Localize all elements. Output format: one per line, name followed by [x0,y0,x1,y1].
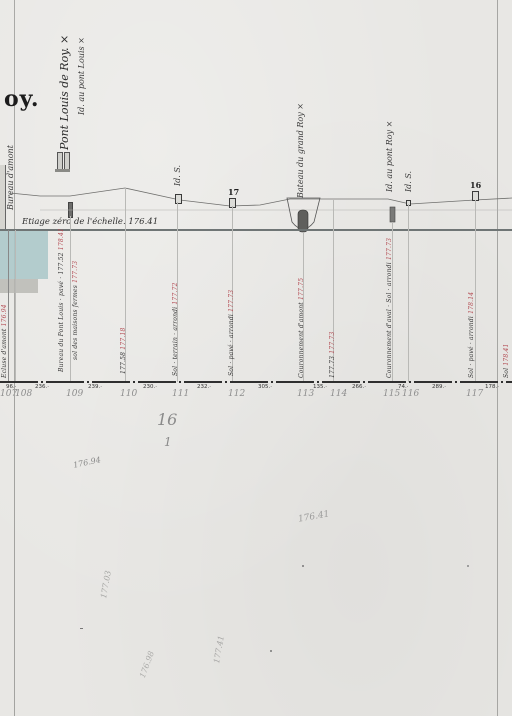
dist-7: 266.· [352,384,366,390]
station-112: 112 [228,389,245,399]
dist-9: 289.· [432,384,446,390]
anno-s107: Ecluse d'amont 176.94 [1,304,8,378]
pencil-faint-c: 176.98 [138,650,156,679]
gauge-pont-roy [390,207,395,222]
anno-s117: Sol · pavé · arrondi 178.14 [468,292,475,378]
station-110: 110 [120,389,137,399]
anno-s109a: Bureau du Pont Louis · pavé · 177.52 178… [58,228,65,372]
shadow-wash [0,279,38,293]
distance-axis [0,381,512,383]
station-117: 117 [466,389,483,399]
anno-s115: Couronnement d'aval · Sol · arrondi 177.… [386,238,393,378]
station-line-107 [8,230,9,382]
station-line-108 [15,230,16,382]
dist-2: 239.· [88,384,102,390]
pencil-note-16: 16 [157,410,177,429]
paper-speck [80,628,83,629]
anno-s113: Couronnement d'amont 177.75 [298,278,305,378]
left-margin-lower [14,383,15,716]
pencil-elev-b: 176.41 [297,509,330,524]
station-line-117 [475,200,476,382]
datum-line [0,229,512,231]
station-109: 109 [66,389,83,399]
station-114: 114 [330,389,347,399]
dist-1: 236.· [35,384,49,390]
marker-16-label: 16 [470,180,481,190]
station-line-109 [70,216,71,382]
datum-label: Etiage zéro de l'échelle. 176.41 [22,217,158,227]
ground-profile-line [10,188,512,206]
station-111: 111 [172,389,189,399]
station-115: 115 [383,389,400,399]
dist-3: 230.· [143,384,157,390]
dist-10: 178.· [485,384,499,390]
drawing-sheet: oy. Bureau d'amont Pont Louis de Roy. × … [0,0,512,716]
marker-17-label: 17 [228,187,239,197]
pencil-elev-a: 176.94 [72,455,101,470]
station-116: 116 [402,389,419,399]
dist-4: 232.· [197,384,211,390]
paper-speck [467,565,469,567]
station-108: 108 [15,389,32,399]
anno-s114: 177.73 177.73 [329,331,336,378]
paper-speck [270,650,272,652]
anno-s112: Sol · pavé · arrondi 177.73 [228,290,235,376]
dist-5: 305.· [258,384,272,390]
station-line-116 [408,204,409,382]
anno-s109b: sol des maisons fermes 177.73 [72,261,79,360]
pencil-note-1: 1 [164,435,172,449]
pencil-faint-a: 177.03 [99,570,113,599]
dist-6: 135.· [313,384,327,390]
anno-s118: Sol 178.41 [503,343,510,378]
station-113: 113 [297,389,314,399]
pencil-faint-b: 177.41 [212,635,226,664]
anno-s110: 177.58 177.18 [120,327,127,374]
paper-speck [302,565,304,567]
anno-s111: Sol · terrain · arrondi 177.72 [172,282,179,376]
